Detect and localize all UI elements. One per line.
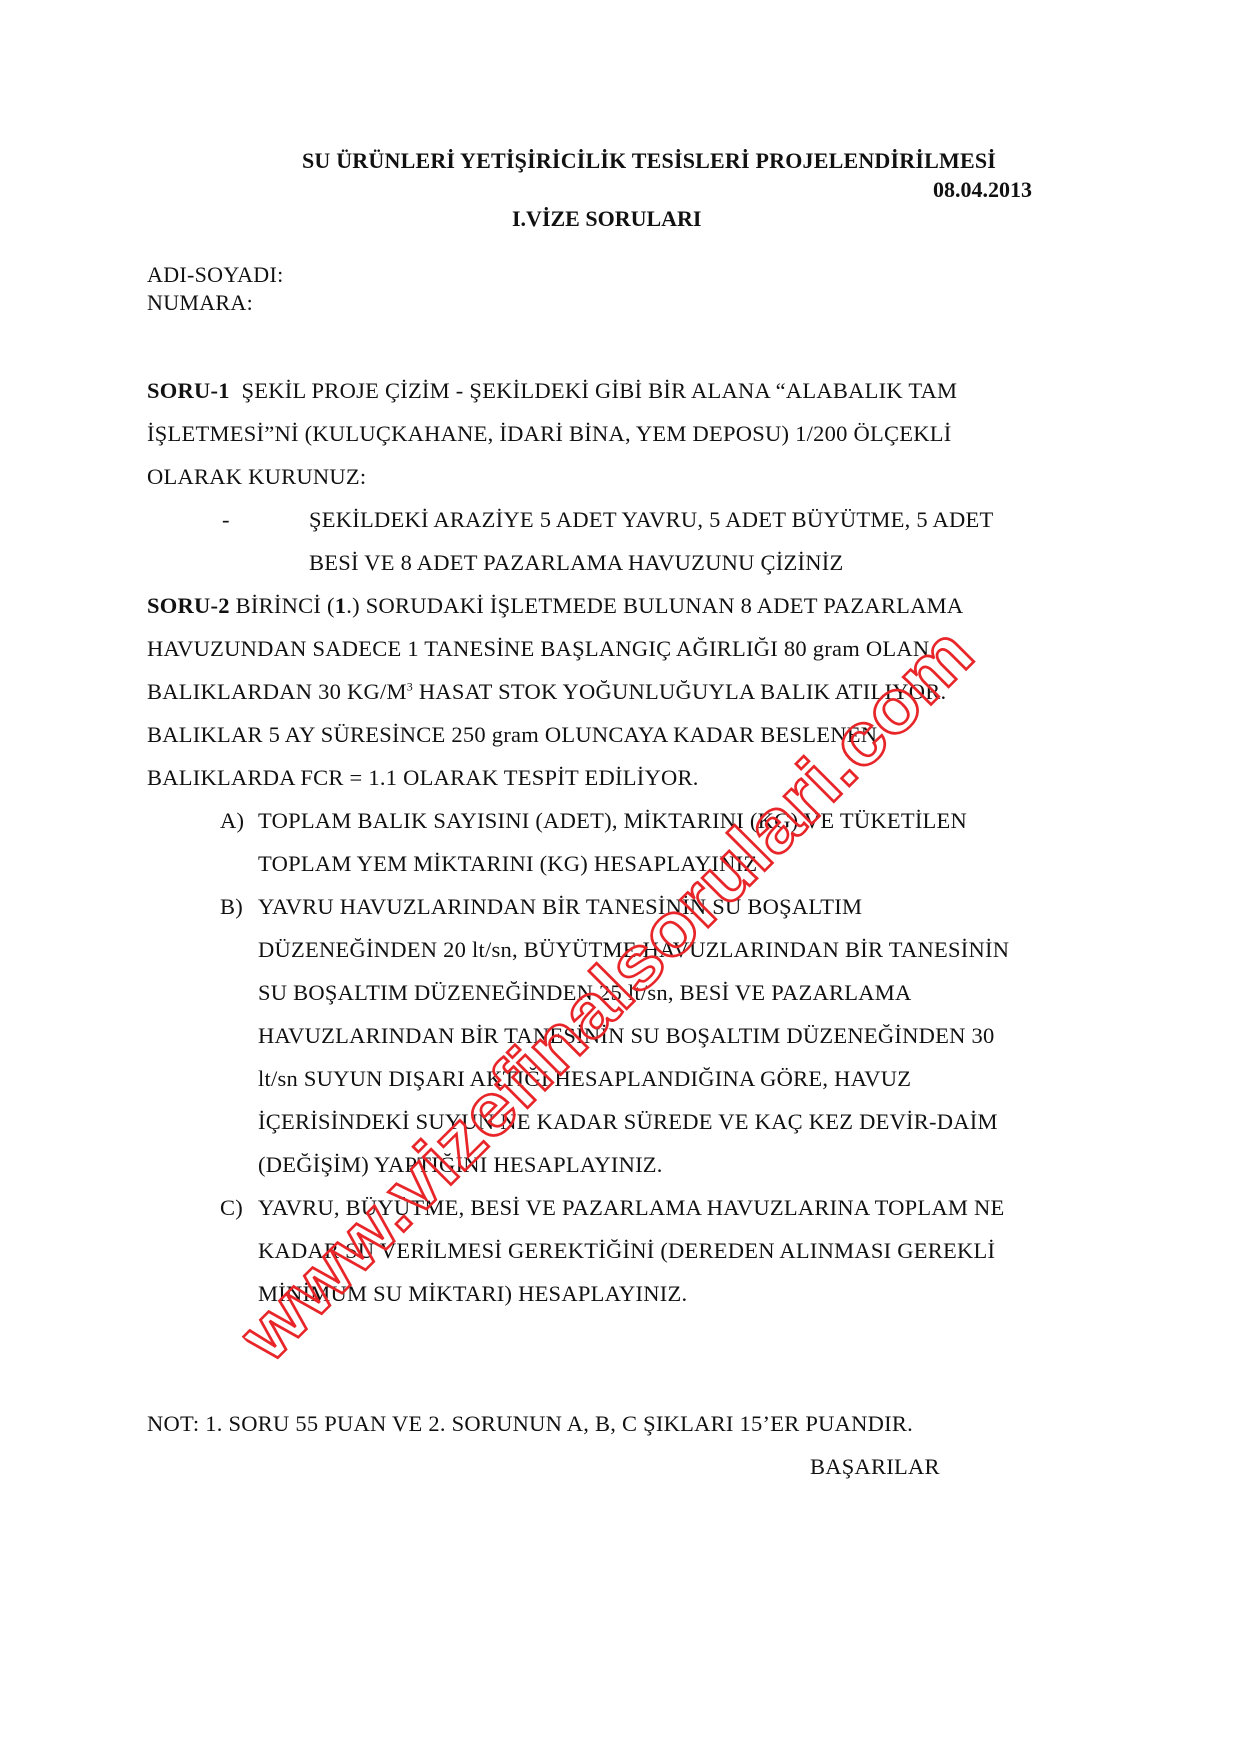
part-c-line-1: YAVRU, BÜYÜTME, BESİ VE PAZARLAMA HAVUZL… bbox=[258, 1195, 1005, 1221]
question2-text-d: HASAT STOK YOĞUNLUĞUYLA BALIK ATILIYOR. bbox=[413, 679, 946, 704]
question1-bullet-line-1: ŞEKİLDEKİ ARAZİYE 5 ADET YAVRU, 5 ADET B… bbox=[309, 507, 994, 533]
question1-bullet-line-2: BESİ VE 8 ADET PAZARLAMA HAVUZUNU ÇİZİNİ… bbox=[309, 550, 843, 576]
part-a-marker: A) bbox=[220, 808, 244, 834]
question2-text-a: BİRİNCİ ( bbox=[236, 593, 335, 618]
bullet-dash: - bbox=[222, 507, 230, 533]
question2-text-c: BALIKLARDAN 30 KG/M bbox=[147, 679, 407, 704]
exam-title: I.VİZE SORULARI bbox=[512, 206, 702, 232]
name-field-label: ADI-SOYADI: bbox=[147, 262, 284, 288]
exam-page: SU ÜRÜNLERİ YETİŞİRİCİLİK TESİSLERİ PROJ… bbox=[0, 0, 1240, 1754]
part-c-line-2: KADAR SU VERİLMESİ GEREKTİĞİNİ (DEREDEN … bbox=[258, 1238, 995, 1264]
course-title: SU ÜRÜNLERİ YETİŞİRİCİLİK TESİSLERİ PROJ… bbox=[302, 148, 996, 174]
part-c-line-3: MİNİMUM SU MİKTARI) HESAPLAYINIZ. bbox=[258, 1281, 687, 1307]
grading-note: NOT: 1. SORU 55 PUAN VE 2. SORUNUN A, B,… bbox=[147, 1411, 913, 1437]
part-a-line-2: TOPLAM YEM MİKTARINI (KG) HESAPLAYINIZ bbox=[258, 851, 757, 877]
question2-line-4: BALIKLAR 5 AY SÜRESİNCE 250 gram OLUNCAY… bbox=[147, 722, 877, 748]
part-b-line-3: SU BOŞALTIM DÜZENEĞİNDEN 25 lt/sn, BESİ … bbox=[258, 980, 911, 1006]
question1-line-1: SORU-1 ŞEKİL PROJE ÇİZİM - ŞEKİLDEKİ GİB… bbox=[147, 378, 957, 404]
question1-label: SORU-1 bbox=[147, 378, 230, 403]
part-b-line-5: lt/sn SUYUN DIŞARI AKTIĞI HESAPLANDIĞINA… bbox=[258, 1066, 911, 1092]
part-b-line-2: DÜZENEĞİNDEN 20 lt/sn, BÜYÜTME HAVUZLARI… bbox=[258, 937, 1009, 963]
exam-date: 08.04.2013 bbox=[933, 177, 1032, 203]
closing-text: BAŞARILAR bbox=[810, 1454, 940, 1480]
question2-line-1: SORU-2 BİRİNCİ (1.) SORUDAKİ İŞLETMEDE B… bbox=[147, 593, 963, 619]
question2-ref-number: 1 bbox=[335, 593, 347, 618]
question1-line-2: İŞLETMESİ”Nİ (KULUÇKAHANE, İDARİ BİNA, Y… bbox=[147, 421, 951, 447]
question2-text-b: .) SORUDAKİ İŞLETMEDE BULUNAN 8 ADET PAZ… bbox=[346, 593, 963, 618]
part-b-line-7: (DEĞİŞİM) YAPTIĞINI HESAPLAYINIZ. bbox=[258, 1152, 663, 1178]
part-c-marker: C) bbox=[220, 1195, 243, 1221]
question2-line-3: BALIKLARDAN 30 KG/M3 HASAT STOK YOĞUNLUĞ… bbox=[147, 679, 946, 705]
part-b-line-4: HAVUZLARINDAN BİR TANESİNİN SU BOŞALTIM … bbox=[258, 1023, 995, 1049]
question1-text: ŞEKİL PROJE ÇİZİM - ŞEKİLDEKİ GİBİ BİR A… bbox=[242, 378, 958, 403]
part-b-line-6: İÇERİSİNDEKİ SUYUN NE KADAR SÜREDE VE KA… bbox=[258, 1109, 998, 1135]
number-field-label: NUMARA: bbox=[147, 290, 253, 316]
question2-line-2: HAVUZUNDAN SADECE 1 TANESİNE BAŞLANGIÇ A… bbox=[147, 636, 929, 662]
part-b-line-1: YAVRU HAVUZLARINDAN BİR TANESİNİN SU BOŞ… bbox=[258, 894, 862, 920]
part-b-marker: B) bbox=[220, 894, 243, 920]
question2-line-5: BALIKLARDA FCR = 1.1 OLARAK TESPİT EDİLİ… bbox=[147, 765, 699, 791]
part-a-line-1: TOPLAM BALIK SAYISINI (ADET), MİKTARINI … bbox=[258, 808, 967, 834]
question2-label: SORU-2 bbox=[147, 593, 230, 618]
question1-line-3: OLARAK KURUNUZ: bbox=[147, 464, 366, 490]
